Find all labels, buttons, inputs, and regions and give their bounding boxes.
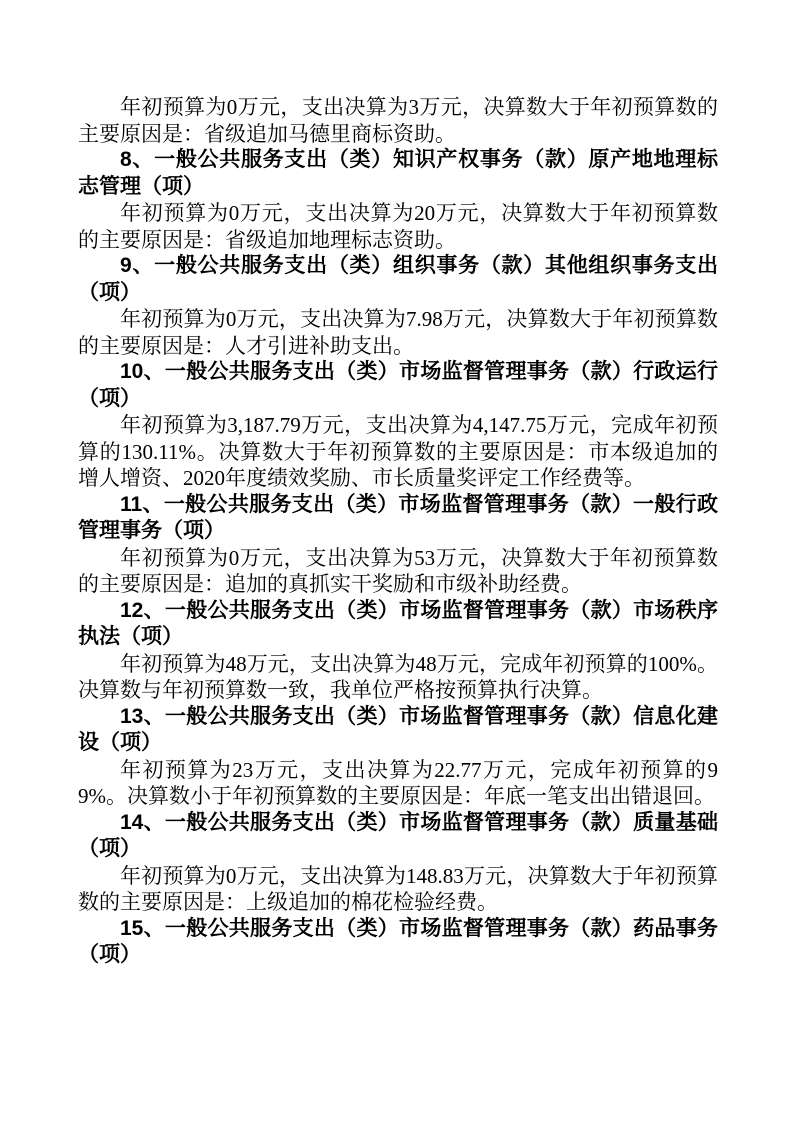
section-heading: 14、一般公共服务支出（类）市场监督管理事务（款）质量基础（项） (78, 810, 718, 863)
paragraph: 年初预算为0万元，支出决算为148.83万元，决算数大于年初预算数的主要原因是：… (78, 863, 718, 916)
paragraph: 年初预算为0万元，支出决算为53万元，决算数大于年初预算数的主要原因是：追加的真… (78, 545, 718, 598)
section-heading: 12、一般公共服务支出（类）市场监督管理事务（款）市场秩序执法（项） (78, 598, 718, 651)
paragraph: 年初预算为48万元，支出决算为48万元，完成年初预算的100%。决算数与年初预算… (78, 651, 718, 704)
paragraph: 年初预算为0万元，支出决算为7.98万元，决算数大于年初预算数的主要原因是：人才… (78, 306, 718, 359)
paragraph: 年初预算为3,187.79万元，支出决算为4,147.75万元，完成年初预算的1… (78, 412, 718, 492)
section-heading: 11、一般公共服务支出（类）市场监督管理事务（款）一般行政管理事务（项） (78, 492, 718, 545)
paragraph: 年初预算为0万元，支出决算为3万元，决算数大于年初预算数的主要原因是：省级追加马… (78, 94, 718, 147)
document-page: 年初预算为0万元，支出决算为3万元，决算数大于年初预算数的主要原因是：省级追加马… (0, 0, 793, 1122)
paragraph: 年初预算为0万元，支出决算为20万元，决算数大于年初预算数的主要原因是：省级追加… (78, 200, 718, 253)
section-heading: 9、一般公共服务支出（类）组织事务（款）其他组织事务支出（项） (78, 253, 718, 306)
paragraph: 年初预算为23万元，支出决算为22.77万元，完成年初预算的99%。决算数小于年… (78, 757, 718, 810)
section-heading: 8、一般公共服务支出（类）知识产权事务（款）原产地地理标志管理（项） (78, 147, 718, 200)
section-heading: 10、一般公共服务支出（类）市场监督管理事务（款）行政运行（项） (78, 359, 718, 412)
section-heading: 13、一般公共服务支出（类）市场监督管理事务（款）信息化建设（项） (78, 704, 718, 757)
section-heading: 15、一般公共服务支出（类）市场监督管理事务（款）药品事务（项） (78, 916, 718, 969)
